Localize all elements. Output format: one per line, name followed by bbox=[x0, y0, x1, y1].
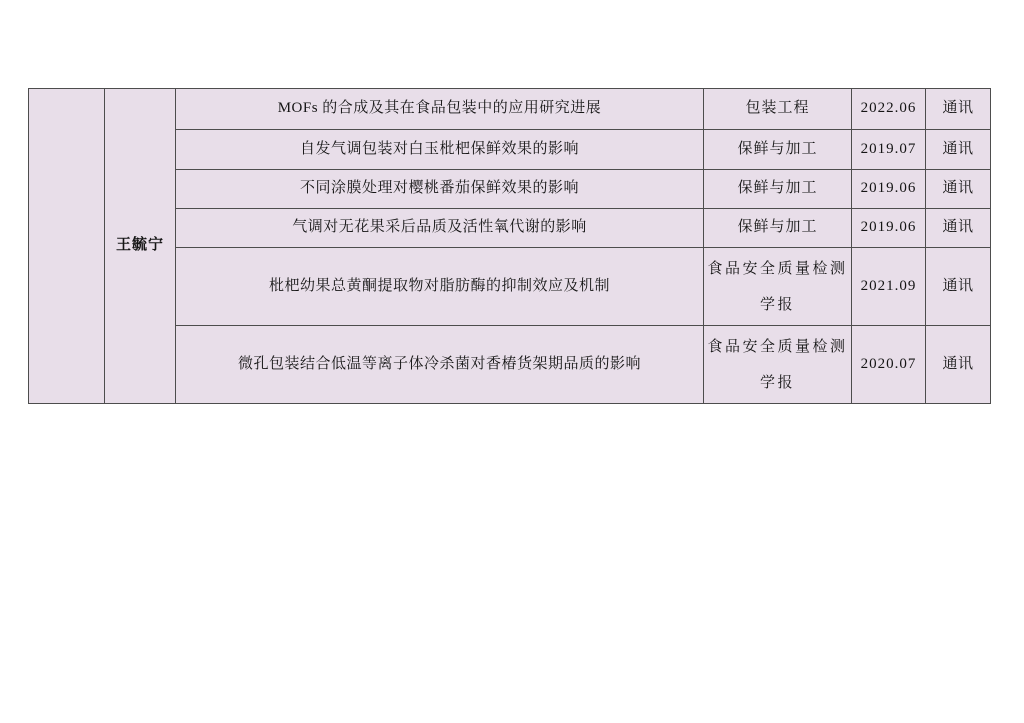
date-cell: 2019.07 bbox=[852, 130, 926, 170]
date-cell: 2019.06 bbox=[852, 209, 926, 248]
date-cell: 2019.06 bbox=[852, 170, 926, 209]
role-cell: 通讯 bbox=[926, 89, 991, 130]
role-cell: 通讯 bbox=[926, 170, 991, 209]
date-cell: 2022.06 bbox=[852, 89, 926, 130]
journal-cell: 食品安全质量检测学报 bbox=[704, 248, 852, 326]
paper-title-cell: 自发气调包装对白玉枇杷保鲜效果的影响 bbox=[176, 130, 704, 170]
journal-cell: 保鲜与加工 bbox=[704, 209, 852, 248]
journal-cell: 保鲜与加工 bbox=[704, 170, 852, 209]
paper-title-cell: 气调对无花果采后品质及活性氧代谢的影响 bbox=[176, 209, 704, 248]
paper-title-cell: 微孔包装结合低温等离子体冷杀菌对香椿货架期品质的影响 bbox=[176, 326, 704, 404]
role-cell: 通讯 bbox=[926, 209, 991, 248]
journal-cell: 保鲜与加工 bbox=[704, 130, 852, 170]
role-cell: 通讯 bbox=[926, 248, 991, 326]
paper-title-cell: 枇杷幼果总黄酮提取物对脂肪酶的抑制效应及机制 bbox=[176, 248, 704, 326]
paper-title-cell: 不同涂膜处理对樱桃番茄保鲜效果的影响 bbox=[176, 170, 704, 209]
role-cell: 通讯 bbox=[926, 326, 991, 404]
publications-table: 王毓宁 MOFs 的合成及其在食品包装中的应用研究进展 包装工程 2022.06… bbox=[28, 88, 991, 404]
journal-cell: 包装工程 bbox=[704, 89, 852, 130]
paper-title-cell: MOFs 的合成及其在食品包装中的应用研究进展 bbox=[176, 89, 704, 130]
spacer-cell bbox=[29, 89, 105, 404]
author-name-cell: 王毓宁 bbox=[105, 89, 176, 404]
date-cell: 2021.09 bbox=[852, 248, 926, 326]
table-row: 王毓宁 MOFs 的合成及其在食品包装中的应用研究进展 包装工程 2022.06… bbox=[29, 89, 991, 130]
date-cell: 2020.07 bbox=[852, 326, 926, 404]
journal-cell: 食品安全质量检测学报 bbox=[704, 326, 852, 404]
document-page: 王毓宁 MOFs 的合成及其在食品包装中的应用研究进展 包装工程 2022.06… bbox=[0, 0, 1024, 723]
role-cell: 通讯 bbox=[926, 130, 991, 170]
